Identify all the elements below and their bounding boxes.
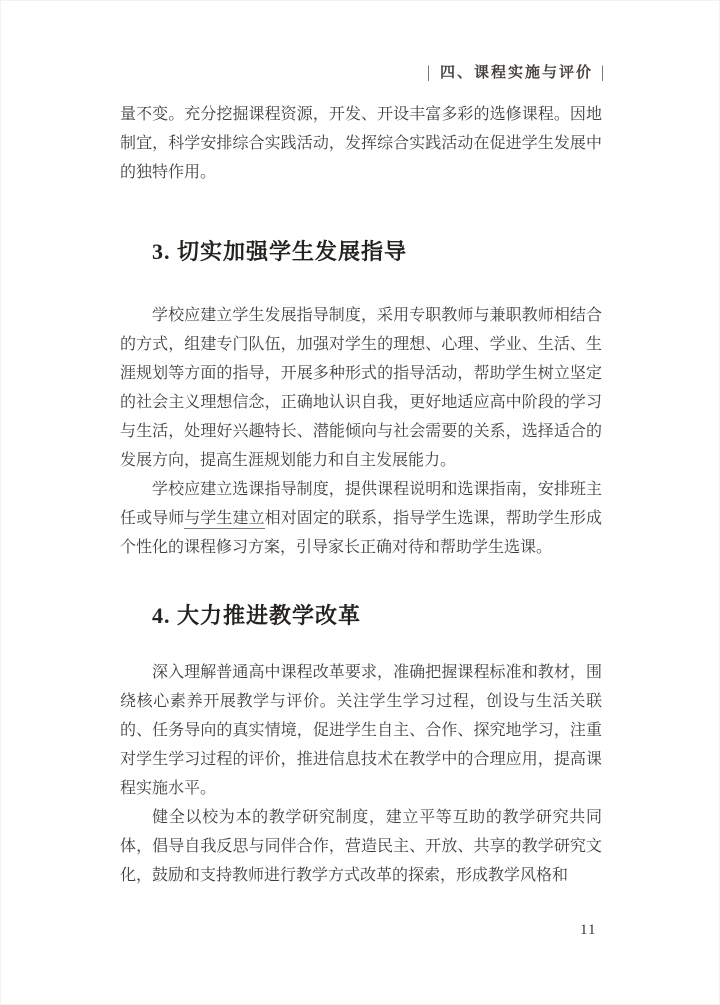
paragraph-teaching-reform: 深入理解普通高中课程改革要求，准确把握课程标准和教材，围绕核心素养开展教学与评价… xyxy=(120,658,602,803)
page-content: 量不变。充分挖掘课程资源，开发、开设丰富多彩的选修课程。因地制宜，科学安排综合实… xyxy=(120,100,602,890)
page-number: 11 xyxy=(580,922,596,939)
paragraph-research-system: 健全以校为本的教学研究制度，建立平等互助的教学研究共同体，倡导自我反思与同伴合作… xyxy=(120,803,602,890)
chapter-title: 四、课程实施与评价 xyxy=(440,61,593,85)
paragraph-course-selection: 学校应建立选课指导制度，提供课程说明和选课指南，安排班主任或导师与学生建立相对固… xyxy=(120,475,602,562)
underlined-text-segment: 与学生建立 xyxy=(184,510,264,529)
header-divider-right-icon: | xyxy=(593,59,614,87)
document-page: | 四、课程实施与评价 | 量不变。充分挖掘课程资源，开发、开设丰富多彩的选修课… xyxy=(0,0,720,1005)
header-divider-left-icon: | xyxy=(419,59,440,87)
paragraph-continuation: 量不变。充分挖掘课程资源，开发、开设丰富多彩的选修课程。因地制宜，科学安排综合实… xyxy=(120,100,602,187)
section-heading-3: 3. 切实加强学生发展指导 xyxy=(152,237,602,266)
paragraph-student-guidance: 学校应建立学生发展指导制度，采用专职教师与兼职教师相结合的方式，组建专门队伍，加… xyxy=(120,301,602,475)
section-heading-4: 4. 大力推进教学改革 xyxy=(152,601,602,630)
running-header: | 四、课程实施与评价 | xyxy=(419,61,614,85)
